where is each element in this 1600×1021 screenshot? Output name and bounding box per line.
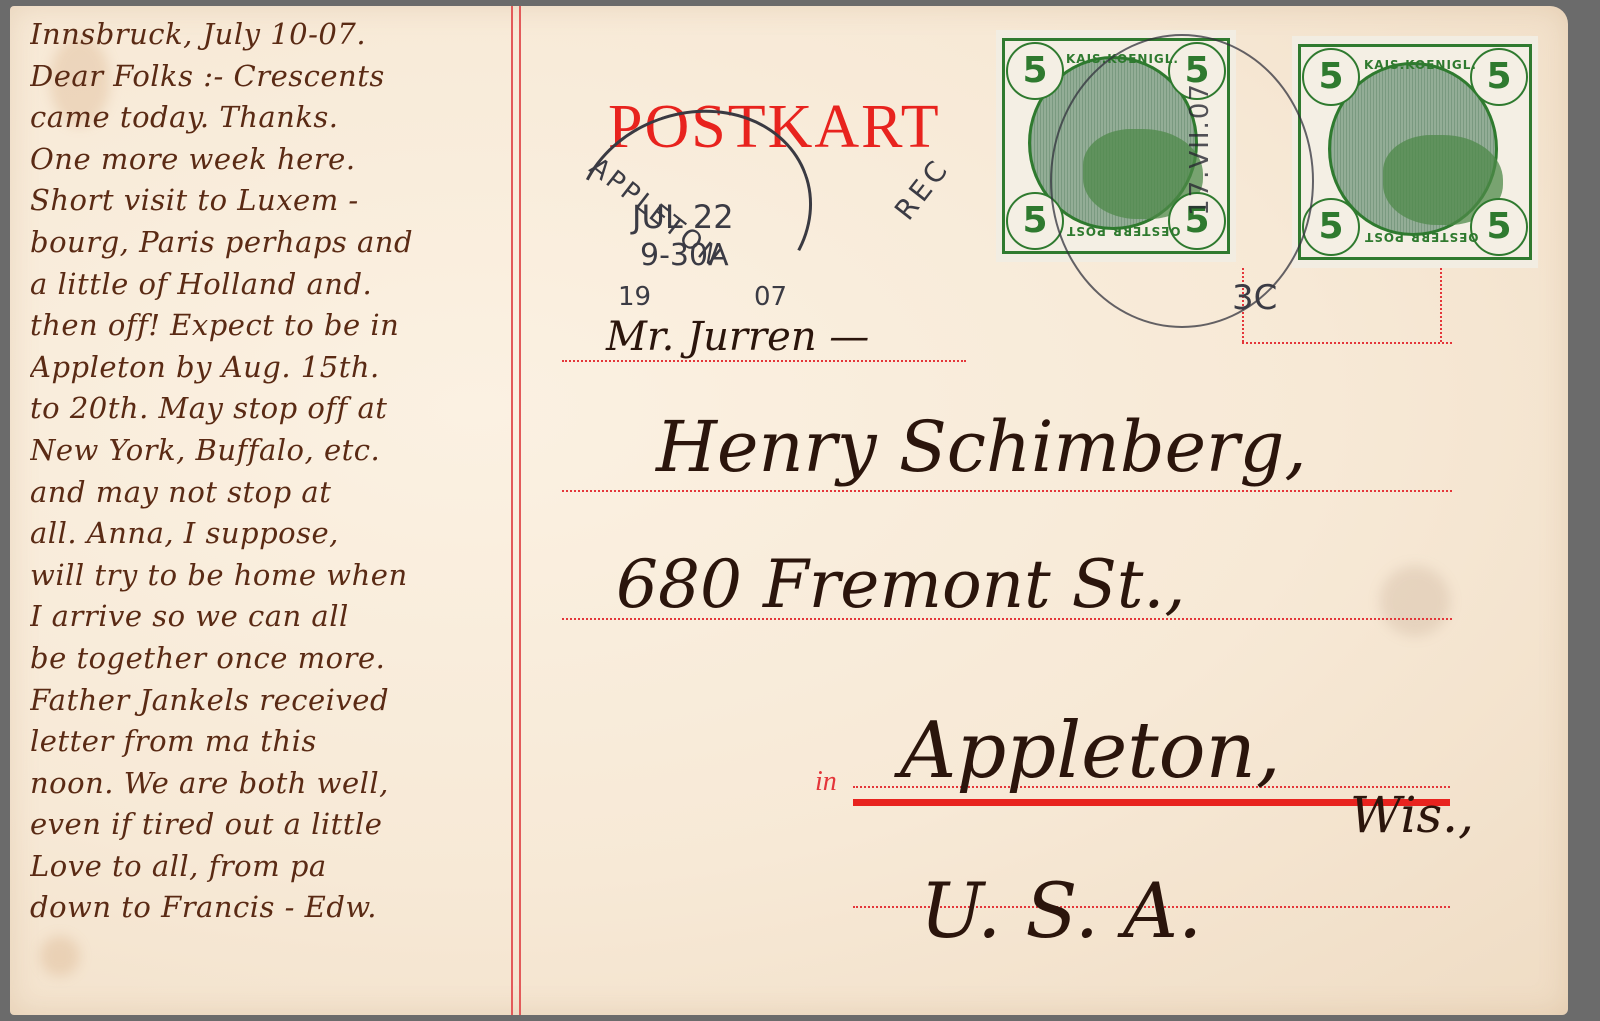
received-postmark: REC	[888, 152, 956, 226]
message-line: Dear Folks :- Crescents	[30, 56, 498, 98]
address-city: Appleton,	[900, 706, 1281, 796]
message-line: Short visit to Luxem -	[30, 180, 498, 222]
postmark-year-left: 19	[618, 282, 651, 312]
address-name: Henry Schimberg,	[656, 406, 1307, 488]
stamp-5-heller: 5 5 5 5 KAIS.KOENIGL. OESTERR.POST	[1292, 36, 1538, 268]
message-line: then off! Expect to be in	[30, 305, 498, 347]
stamp-top-text: KAIS.KOENIGL.	[1364, 58, 1477, 72]
postmark-date: JUL 22	[632, 198, 734, 236]
innsbruck-postmark-date: 17.VII.07	[1185, 49, 1215, 249]
divider-line	[519, 6, 521, 1015]
in-label: in	[815, 766, 837, 798]
stamp-value: 5	[1470, 198, 1528, 256]
message-line: Appleton by Aug. 15th.	[30, 347, 498, 389]
message-line: Innsbruck, July 10-07.	[30, 14, 498, 56]
address-salutation: Mr. Jurren —	[606, 314, 869, 360]
postmark-code: 3C	[1232, 278, 1277, 318]
message-line: letter from ma this	[30, 721, 498, 763]
postmark-time: 9-30A	[640, 238, 729, 273]
message-line: noon. We are both well,	[30, 763, 498, 805]
message-line: and may not stop at	[30, 472, 498, 514]
stamp-bottom-text: OESTERR.POST	[1364, 230, 1479, 244]
divider-line	[511, 6, 513, 1015]
message-line: will try to be home when	[30, 555, 498, 597]
message-line: came today. Thanks.	[30, 97, 498, 139]
address-country: U. S. A.	[920, 866, 1202, 955]
message-line: even if tired out a little	[30, 804, 498, 846]
postcard: Innsbruck, July 10-07. Dear Folks :- Cre…	[10, 6, 1568, 1015]
message-line: One more week here.	[30, 139, 498, 181]
address-state: Wis.,	[1350, 786, 1474, 844]
message-line: New York, Buffalo, etc.	[30, 430, 498, 472]
stamp-box-border	[1242, 342, 1452, 344]
message-line: down to Francis - Edw.	[30, 887, 498, 929]
address-line	[562, 490, 1452, 492]
message-line: I arrive so we can all	[30, 596, 498, 638]
postmark-year-right: 07	[754, 282, 787, 312]
address-line	[562, 360, 966, 362]
message-line: Love to all, from pa	[30, 846, 498, 888]
stamp-value: 5	[1470, 48, 1528, 106]
message-line: a little of Holland and.	[30, 264, 498, 306]
message-line: be together once more.	[30, 638, 498, 680]
message-line: bourg, Paris perhaps and	[30, 222, 498, 264]
age-stain	[1380, 566, 1450, 636]
message-line: Father Jankels received	[30, 680, 498, 722]
handwritten-message: Innsbruck, July 10-07. Dear Folks :- Cre…	[30, 14, 498, 929]
message-line: to 20th. May stop off at	[30, 388, 498, 430]
message-line: all. Anna, I suppose,	[30, 513, 498, 555]
stamp-value: 5	[1006, 42, 1064, 100]
stamp-box-border	[1440, 268, 1442, 342]
address-street: 680 Fremont St.,	[616, 546, 1185, 623]
age-stain	[40, 936, 80, 976]
stamp-value: 5	[1302, 48, 1360, 106]
